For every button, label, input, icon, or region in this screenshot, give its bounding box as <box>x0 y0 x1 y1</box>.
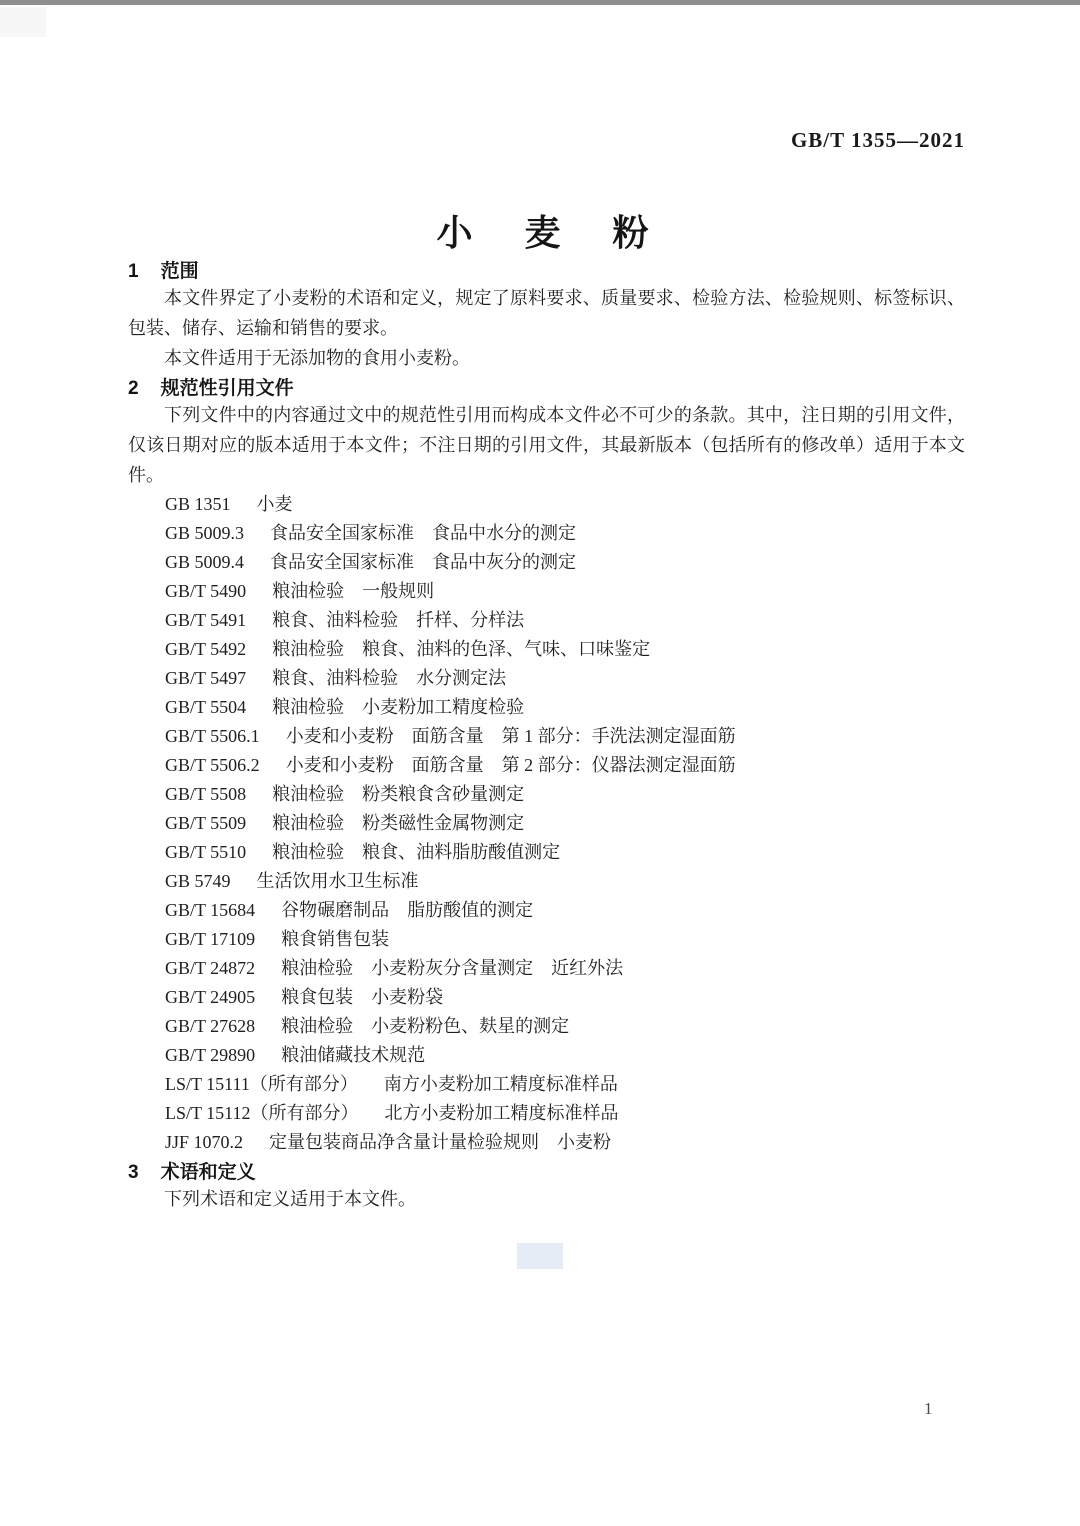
standard-code: GB/T 1355—2021 <box>128 128 965 153</box>
reference-item: GB/T 15684谷物碾磨制品 脂肪酸值的测定 <box>165 896 965 925</box>
section-1-paragraph-1: 本文件界定了小麦粉的术语和定义，规定了原料要求、质量要求、检验方法、检验规则、标… <box>128 283 965 343</box>
reference-title: 食品安全国家标准 食品中灰分的测定 <box>270 548 576 577</box>
reference-code: GB 5749 <box>165 867 231 896</box>
reference-item: GB/T 5508粮油检验 粉类粮食含砂量测定 <box>165 780 965 809</box>
section-1-title: 范围 <box>161 261 199 282</box>
reference-title: 定量包装商品净含量计量检验规则 小麦粉 <box>269 1128 611 1157</box>
reference-title: 粮油检验 粮食、油料的色泽、气味、口味鉴定 <box>272 635 650 664</box>
reference-title: 生活饮用水卫生标准 <box>257 867 419 896</box>
reference-item: GB 5749生活饮用水卫生标准 <box>165 867 965 896</box>
reference-item: GB/T 5497粮食、油料检验 水分测定法 <box>165 664 965 693</box>
scan-highlight-artifact <box>517 1243 563 1269</box>
reference-code: GB/T 5506.2 <box>165 751 260 780</box>
reference-item: GB/T 24872粮油检验 小麦粉灰分含量测定 近红外法 <box>165 954 965 983</box>
reference-item: GB/T 5504粮油检验 小麦粉加工精度检验 <box>165 693 965 722</box>
reference-code: GB 5009.4 <box>165 548 244 577</box>
reference-item: GB/T 5506.1小麦和小麦粉 面筋含量 第 1 部分：手洗法测定湿面筋 <box>165 722 965 751</box>
scan-corner-artifact <box>0 7 46 37</box>
reference-title: 粮食、油料检验 水分测定法 <box>272 664 506 693</box>
reference-title: 粮油检验 小麦粉灰分含量测定 近红外法 <box>281 954 623 983</box>
reference-item: GB/T 29890粮油储藏技术规范 <box>165 1041 965 1070</box>
reference-code: GB/T 5492 <box>165 635 246 664</box>
section-1-paragraph-2: 本文件适用于无添加物的食用小麦粉。 <box>128 343 965 373</box>
reference-code: GB/T 5509 <box>165 809 246 838</box>
reference-title: 粮油检验 粉类粮食含砂量测定 <box>272 780 524 809</box>
reference-item: GB 5009.4食品安全国家标准 食品中灰分的测定 <box>165 548 965 577</box>
reference-item: LS/T 15111（所有部分）南方小麦粉加工精度标准样品 <box>165 1070 965 1099</box>
section-2-heading: 2规范性引用文件 <box>128 373 965 400</box>
reference-title: 粮油检验 粉类磁性金属物测定 <box>272 809 524 838</box>
reference-item: GB/T 24905粮食包装 小麦粉袋 <box>165 983 965 1012</box>
reference-title: 粮油检验 粮食、油料脂肪酸值测定 <box>272 838 560 867</box>
reference-title: 粮食包装 小麦粉袋 <box>281 983 443 1012</box>
document-title: 小 麦 粉 <box>128 205 965 256</box>
reference-code: GB/T 24872 <box>165 954 255 983</box>
section-2-number: 2 <box>128 378 139 400</box>
reference-title: 粮油储藏技术规范 <box>281 1041 425 1070</box>
reference-item: GB/T 5491粮食、油料检验 扦样、分样法 <box>165 606 965 635</box>
document-page: { "header": { "doc_code": "GB/T 1355—202… <box>0 0 1080 1526</box>
reference-title: 粮油检验 小麦粉加工精度检验 <box>272 693 524 722</box>
reference-code: GB/T 5506.1 <box>165 722 260 751</box>
reference-code: GB/T 15684 <box>165 896 255 925</box>
reference-code: LS/T 15111（所有部分） <box>165 1070 358 1099</box>
reference-item: GB 1351小麦 <box>165 490 965 519</box>
reference-item: GB/T 5490粮油检验 一般规则 <box>165 577 965 606</box>
reference-item: GB 5009.3食品安全国家标准 食品中水分的测定 <box>165 519 965 548</box>
reference-code: GB/T 5490 <box>165 577 246 606</box>
reference-item: LS/T 15112（所有部分）北方小麦粉加工精度标准样品 <box>165 1099 965 1128</box>
reference-title: 小麦和小麦粉 面筋含量 第 1 部分：手洗法测定湿面筋 <box>286 722 736 751</box>
reference-title: 食品安全国家标准 食品中水分的测定 <box>270 519 576 548</box>
reference-item: GB/T 17109粮食销售包装 <box>165 925 965 954</box>
section-3-paragraph-1: 下列术语和定义适用于本文件。 <box>128 1184 965 1214</box>
reference-code: GB 1351 <box>165 490 231 519</box>
reference-code: JJF 1070.2 <box>165 1128 243 1157</box>
reference-title: 粮食销售包装 <box>281 925 389 954</box>
section-3-title: 术语和定义 <box>161 1162 256 1183</box>
section-3-heading: 3术语和定义 <box>128 1157 965 1184</box>
section-3-number: 3 <box>128 1162 139 1184</box>
reference-item: GB/T 5509粮油检验 粉类磁性金属物测定 <box>165 809 965 838</box>
reference-item: GB/T 5492粮油检验 粮食、油料的色泽、气味、口味鉴定 <box>165 635 965 664</box>
page-number: 1 <box>924 1399 933 1419</box>
reference-code: GB 5009.3 <box>165 519 244 548</box>
reference-code: GB/T 29890 <box>165 1041 255 1070</box>
normative-references-list: GB 1351小麦 GB 5009.3食品安全国家标准 食品中水分的测定 GB … <box>128 490 965 1157</box>
reference-item: GB/T 27628粮油检验 小麦粉粉色、麸星的测定 <box>165 1012 965 1041</box>
page-content: GB/T 1355—2021 小 麦 粉 1范围 本文件界定了小麦粉的术语和定义… <box>128 0 965 1214</box>
reference-title: 粮食、油料检验 扦样、分样法 <box>272 606 524 635</box>
reference-title: 粮油检验 一般规则 <box>272 577 434 606</box>
reference-title: 南方小麦粉加工精度标准样品 <box>384 1070 618 1099</box>
reference-title: 小麦和小麦粉 面筋含量 第 2 部分：仪器法测定湿面筋 <box>286 751 736 780</box>
reference-code: GB/T 5491 <box>165 606 246 635</box>
reference-code: LS/T 15112（所有部分） <box>165 1099 359 1128</box>
reference-code: GB/T 5504 <box>165 693 246 722</box>
reference-code: GB/T 17109 <box>165 925 255 954</box>
section-2-title: 规范性引用文件 <box>161 378 294 399</box>
reference-code: GB/T 5497 <box>165 664 246 693</box>
section-2-paragraph-1: 下列文件中的内容通过文中的规范性引用而构成本文件必不可少的条款。其中，注日期的引… <box>128 400 965 490</box>
section-1-number: 1 <box>128 261 139 283</box>
reference-item: GB/T 5506.2小麦和小麦粉 面筋含量 第 2 部分：仪器法测定湿面筋 <box>165 751 965 780</box>
reference-title: 小麦 <box>257 490 293 519</box>
reference-title: 粮油检验 小麦粉粉色、麸星的测定 <box>281 1012 569 1041</box>
reference-code: GB/T 24905 <box>165 983 255 1012</box>
reference-title: 谷物碾磨制品 脂肪酸值的测定 <box>281 896 533 925</box>
reference-code: GB/T 5510 <box>165 838 246 867</box>
reference-code: GB/T 27628 <box>165 1012 255 1041</box>
reference-item: JJF 1070.2定量包装商品净含量计量检验规则 小麦粉 <box>165 1128 965 1157</box>
reference-item: GB/T 5510粮油检验 粮食、油料脂肪酸值测定 <box>165 838 965 867</box>
section-1-heading: 1范围 <box>128 256 965 283</box>
reference-title: 北方小麦粉加工精度标准样品 <box>385 1099 619 1128</box>
reference-code: GB/T 5508 <box>165 780 246 809</box>
